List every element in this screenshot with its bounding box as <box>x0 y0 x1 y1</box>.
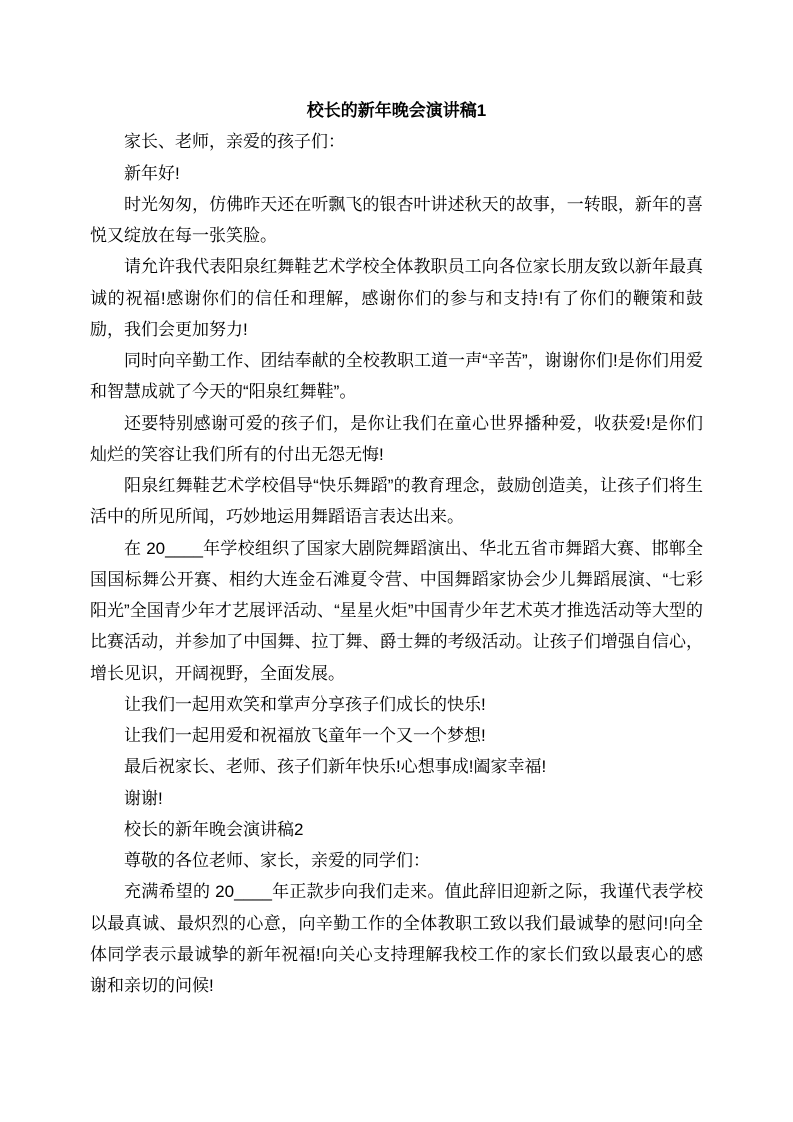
paragraph: 谢谢! <box>90 783 703 814</box>
paragraph: 尊敬的各位老师、家长，亲爱的同学们： <box>90 845 703 876</box>
paragraph: 新年好! <box>90 158 703 189</box>
paragraph: 充满希望的 20____年正款步向我们走来。值此辞旧迎新之际，我谨代表学校以最真… <box>90 876 703 1001</box>
paragraph: 请允许我代表阳泉红舞鞋艺术学校全体教职员工向各位家长朋友致以新年最真诚的祝福!感… <box>90 251 703 345</box>
document-page: 校长的新年晚会演讲稿1家长、老师，亲爱的孩子们：新年好!时光匆匆，仿佛昨天还在听… <box>0 0 793 1122</box>
document-content: 校长的新年晚会演讲稿1家长、老师，亲爱的孩子们：新年好!时光匆匆，仿佛昨天还在听… <box>90 95 703 1001</box>
paragraph: 还要特别感谢可爱的孩子们，是你让我们在童心世界播种爱，收获爱!是你们灿烂的笑容让… <box>90 408 703 471</box>
paragraph: 在 20____年学校组织了国家大剧院舞蹈演出、华北五省市舞蹈大赛、邯郸全国国标… <box>90 533 703 689</box>
paragraph: 最后祝家长、老师、孩子们新年快乐!心想事成!阖家幸福! <box>90 751 703 782</box>
paragraph: 阳泉红舞鞋艺术学校倡导“快乐舞蹈”的教育理念，鼓励创造美，让孩子们将生活中的所见… <box>90 470 703 533</box>
document-subtitle: 校长的新年晚会演讲稿2 <box>90 814 703 845</box>
paragraph: 家长、老师，亲爱的孩子们： <box>90 126 703 157</box>
paragraph: 同时向辛勤工作、团结奉献的全校教职工道一声“辛苦”，谢谢你们!是你们用爱和智慧成… <box>90 345 703 408</box>
paragraph: 让我们一起用欢笑和掌声分享孩子们成长的快乐! <box>90 689 703 720</box>
paragraph: 时光匆匆，仿佛昨天还在听飘飞的银杏叶讲述秋天的故事，一转眼，新年的喜悦又绽放在每… <box>90 189 703 252</box>
paragraph: 让我们一起用爱和祝福放飞童年一个又一个梦想! <box>90 720 703 751</box>
document-title: 校长的新年晚会演讲稿1 <box>90 95 703 126</box>
